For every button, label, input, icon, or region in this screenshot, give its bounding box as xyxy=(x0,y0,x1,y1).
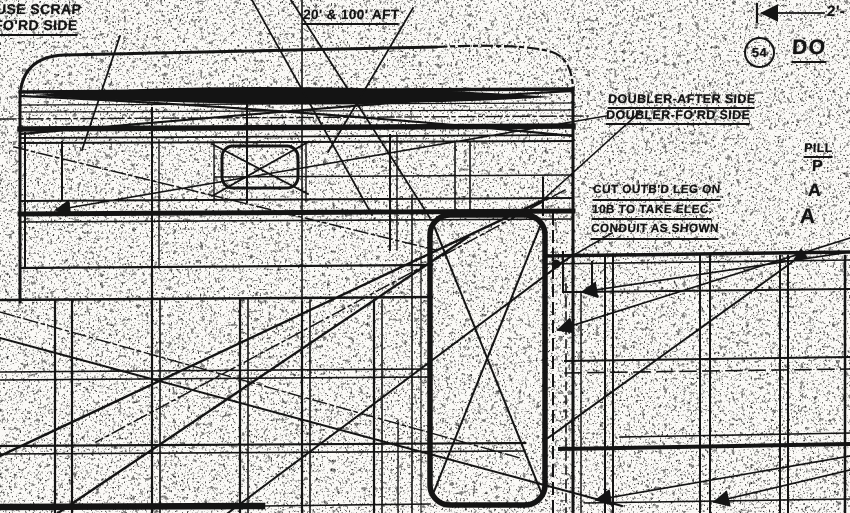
note-use-scrap-line2: FO'RD SIDE xyxy=(0,17,78,36)
note-station: 20' & 100' AFT xyxy=(303,7,400,25)
note-pillar-line1: PILL xyxy=(804,141,834,158)
detail-title-text: DO xyxy=(791,36,827,63)
note-doubler-ford: DOUBLER-FO'RD SIDE xyxy=(606,108,751,125)
note-cut-conduit: CUT OUTB'D LEG ON 10B TO TAKE ELEC. COND… xyxy=(590,181,721,240)
note-pillar-line4: A xyxy=(799,205,816,229)
note-doubler-after-text: DOUBLER-AFTER SIDE xyxy=(608,92,756,109)
note-pillar-line3: A xyxy=(807,180,822,201)
note-pillar-line1-text: PILL xyxy=(804,141,834,158)
note-use-scrap-line1: USE SCRAP xyxy=(0,1,82,17)
note-cut-conduit-line3: CONDUIT AS SHOWN xyxy=(590,220,719,240)
note-station-text: 20' & 100' AFT xyxy=(303,7,400,25)
blueprint-page: { "colors": { "ink": "#141414", "paper":… xyxy=(0,0,850,513)
detail-title: DO xyxy=(791,36,827,63)
note-cut-conduit-line1: CUT OUTB'D LEG ON xyxy=(593,181,722,201)
note-use-scrap-line2-text: FO'RD SIDE xyxy=(0,17,78,36)
note-cut-conduit-line2: 10B TO TAKE ELEC. xyxy=(591,201,712,221)
note-pillar-line2: P xyxy=(812,158,824,176)
detail-balloon: 54 xyxy=(744,37,775,68)
dimension-label: 2'- xyxy=(827,3,846,20)
drawing-linework xyxy=(0,0,850,513)
note-doubler-after: DOUBLER-AFTER SIDE xyxy=(608,92,756,109)
note-doubler-ford-text: DOUBLER-FO'RD SIDE xyxy=(606,108,751,125)
